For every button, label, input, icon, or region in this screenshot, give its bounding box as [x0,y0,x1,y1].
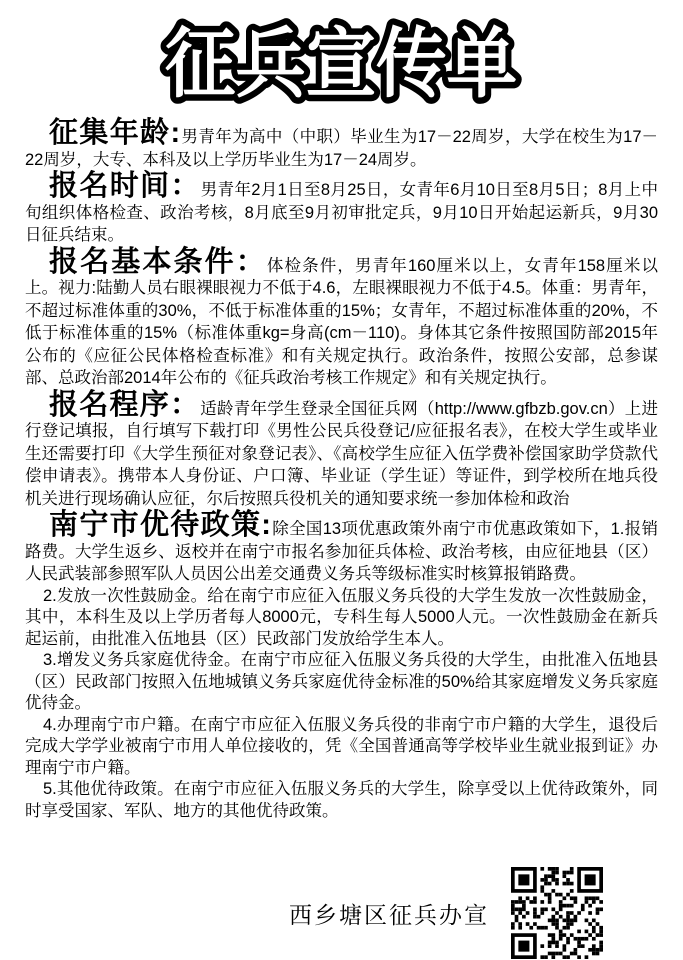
policy-item-incentive-payment-text: 2.发放一次性鼓励金。给在南宁市应征入伍服义务兵役的大学生发放一次性鼓励金，其中… [25,587,658,648]
section-nanning-preferential-policy-heading: 南宁市优待政策: [49,509,272,541]
policy-item-incentive-payment: 2.发放一次性鼓励金。给在南宁市应征入伍服义务兵役的大学生发放一次性鼓励金，其中… [25,586,658,651]
policy-item-family-allowance-text: 3.增发义务兵家庭优待金。在南宁市应征入伍服义务兵役的大学生，由批准入伍地县（区… [25,651,658,712]
section-enlistment-age: 征集年龄:男青年为高中（中职）毕业生为17－22周岁，大学在校生为17－22周岁… [25,122,658,171]
policy-item-family-allowance: 3.增发义务兵家庭优待金。在南宁市应征入伍服义务兵役的大学生，由批准入伍地县（区… [25,650,658,715]
section-signup-procedure: 报名程序：适龄青年学生登录全国征兵网（http://www.gfbzb.gov.… [25,394,658,511]
flyer-title-text: 征兵宣传单 [165,22,517,107]
flyer-title: 征兵宣传单 [25,0,658,118]
footer: 西乡塘区征兵办宣 [25,866,683,960]
section-signup-procedure-heading: 报名程序： [49,389,200,421]
policy-item-other-benefits-text: 5.其他优待政策。在南宁市应征入伍服义务兵的大学生，除享受以上优待政策外，同时享… [25,780,658,820]
policy-item-household-registration-text: 4.办理南宁市户籍。在南宁市应征入伍服义务兵役的非南宁市户籍的大学生，退役后完成… [25,716,658,777]
issuer-signature: 西乡塘区征兵办宣 [289,897,489,930]
section-enlistment-age-heading: 征集年龄: [49,117,181,149]
section-signup-time: 报名时间：男青年2月1日至8月25日，女青年6月10日至8月5日；8月上中旬组织… [25,175,658,247]
section-basic-conditions-heading: 报名基本条件： [49,246,267,278]
section-basic-conditions-body: 体检条件，男青年160厘米以上，女青年158厘米以上。视力:陆勤人员右眼裸眼视力… [25,257,658,388]
policy-item-household-registration: 4.办理南宁市户籍。在南宁市应征入伍服义务兵役的非南宁市户籍的大学生，退役后完成… [25,715,658,780]
flyer-page: 征兵宣传单 征集年龄:男青年为高中（中职）毕业生为17－22周岁，大学在校生为1… [0,0,683,960]
policy-item-other-benefits: 5.其他优待政策。在南宁市应征入伍服义务兵的大学生，除享受以上优待政策外，同时享… [25,779,658,822]
qr-code-icon [511,867,603,959]
section-signup-time-heading: 报名时间： [49,170,201,202]
flyer-title-art: 征兵宣传单 [25,8,658,112]
section-nanning-preferential-policy: 南宁市优待政策:除全国13项优惠政策外南宁市优惠政策如下，1.报销路费。大学生返… [25,514,658,586]
section-basic-conditions: 报名基本条件：体检条件，男青年160厘米以上，女青年158厘米以上。视力:陆勤人… [25,251,658,390]
